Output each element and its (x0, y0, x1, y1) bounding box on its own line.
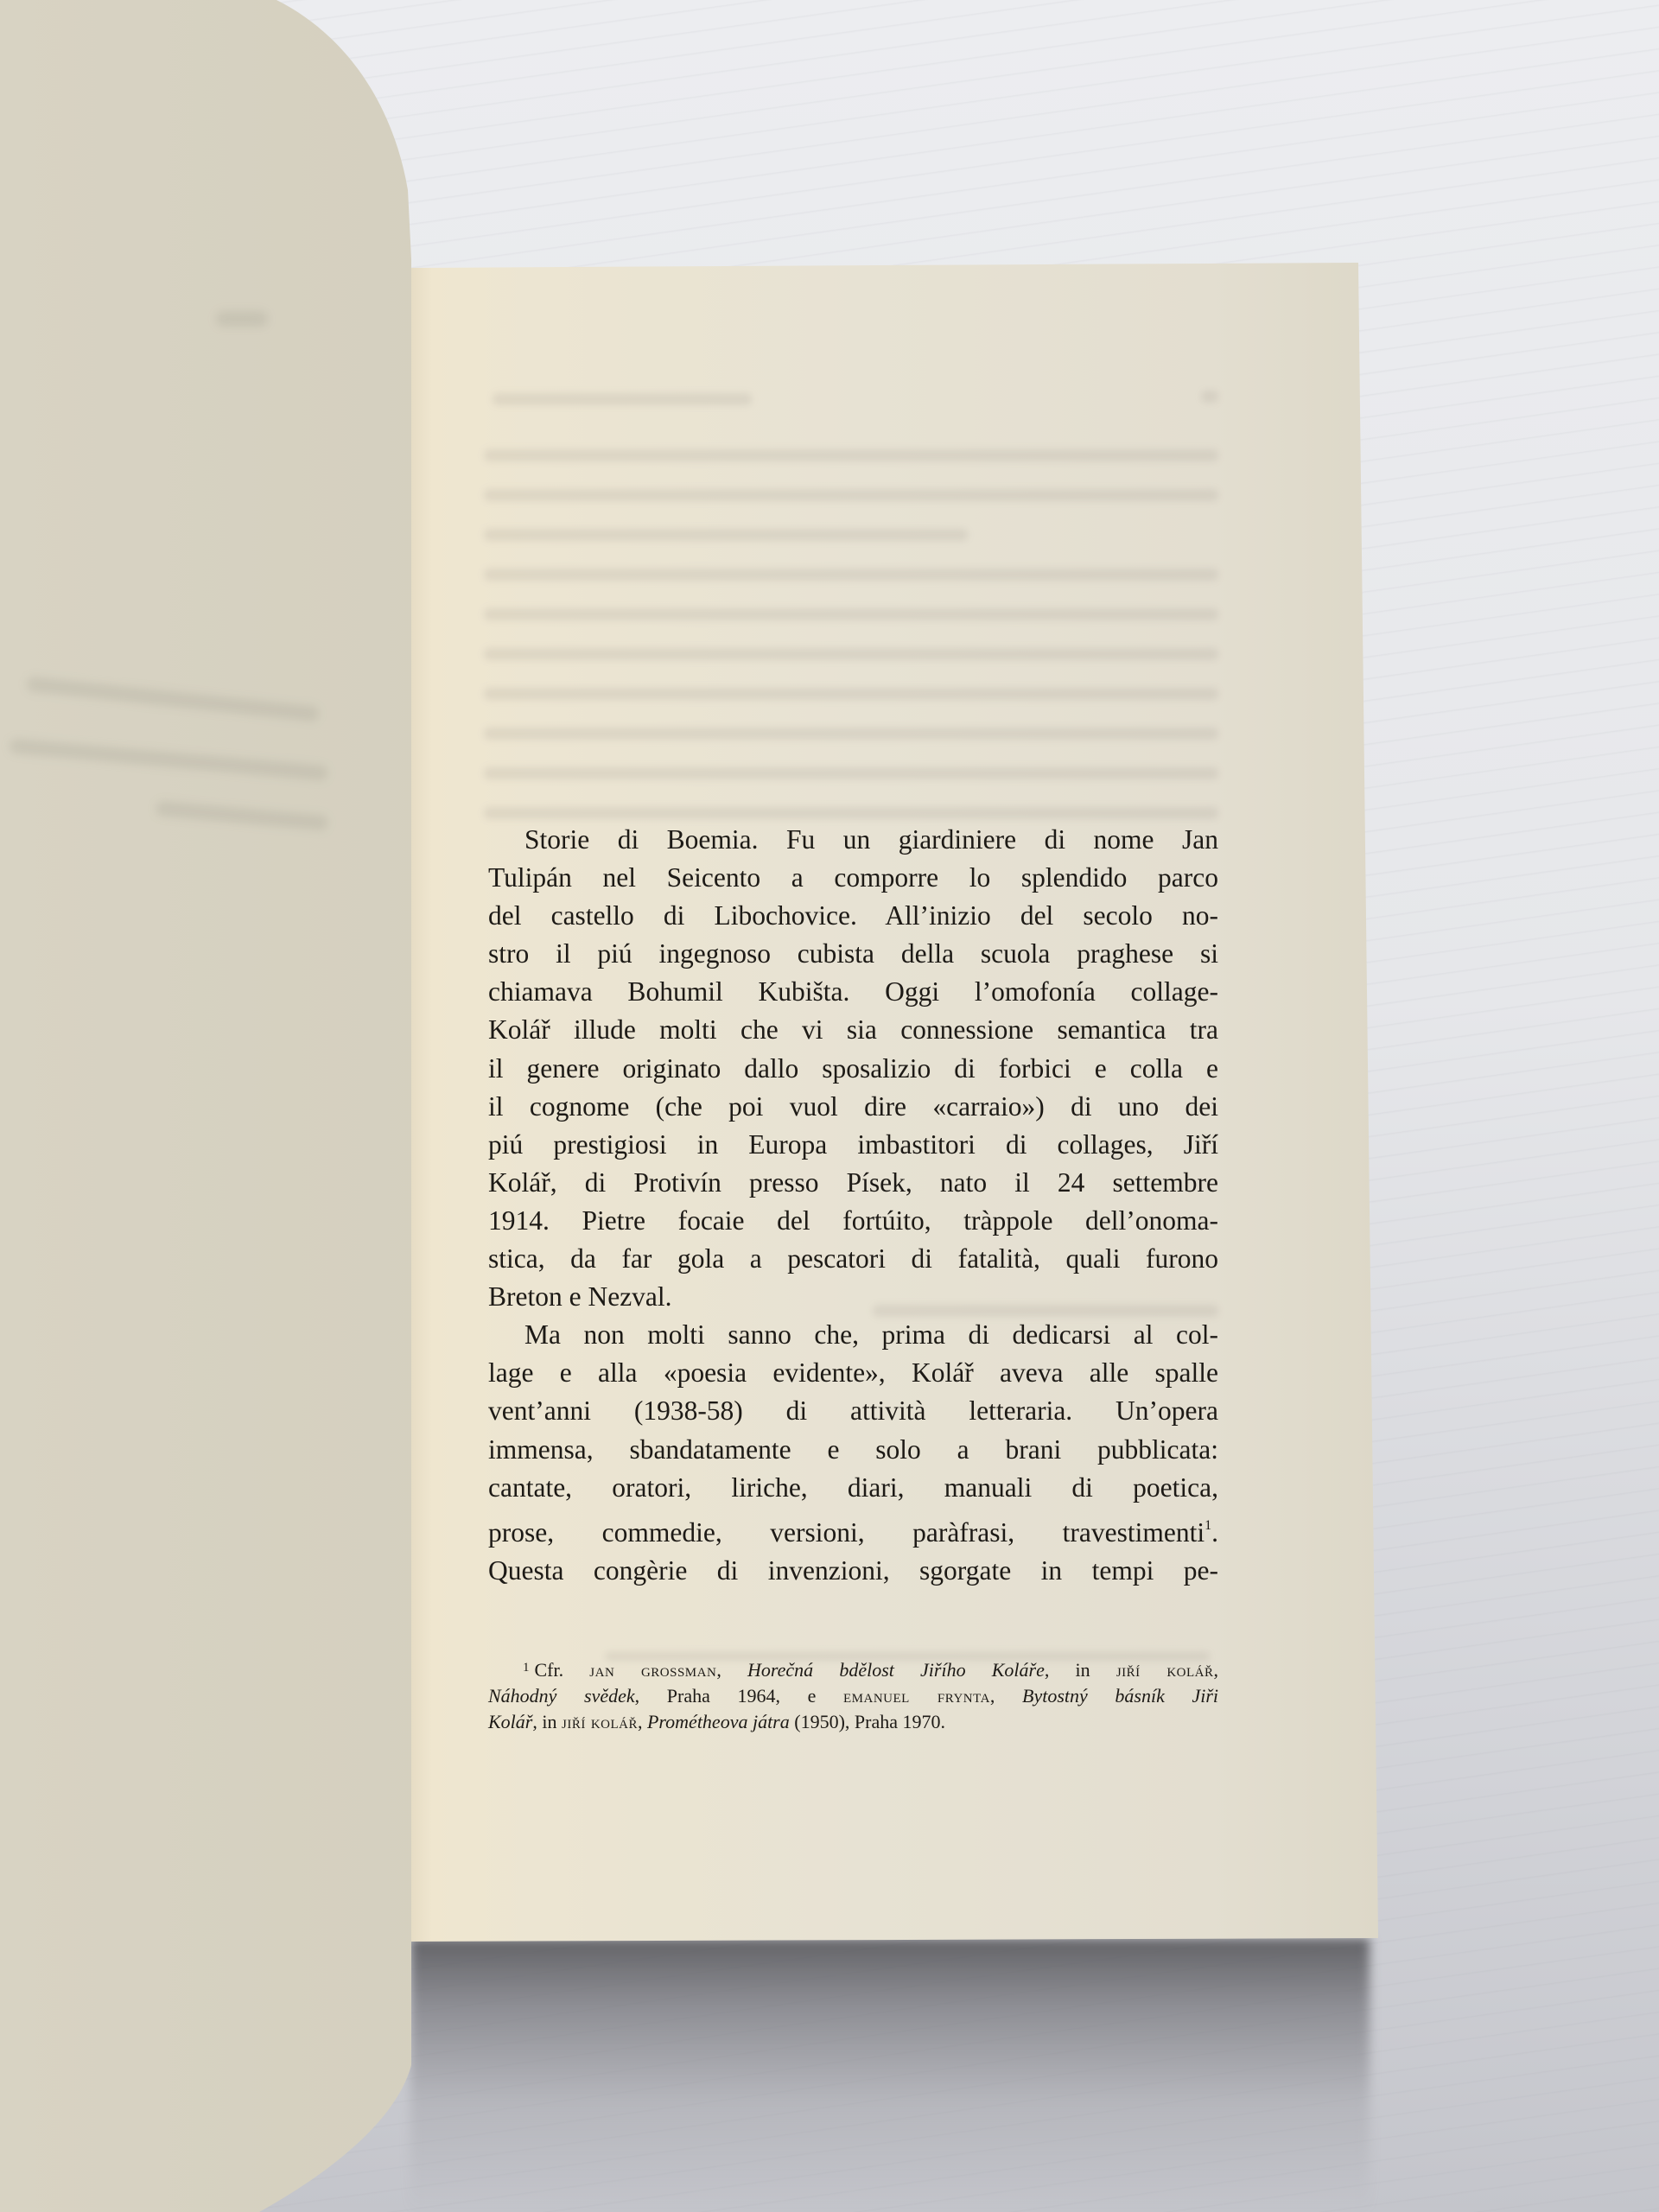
paragraph-1: Storie di Boemia. Fu un giardiniere di n… (488, 821, 1218, 1316)
bleed-through-line (484, 728, 1218, 740)
text-line: Ma non molti sanno che, prima di dedicar… (488, 1316, 1218, 1354)
bleed-through-line (484, 648, 1218, 660)
work-title: Prométheova játra (647, 1711, 790, 1732)
bleed-through-line (484, 489, 1218, 501)
footnote-reference[interactable]: 1 (1205, 1518, 1211, 1533)
footnote-text: , (638, 1711, 647, 1732)
text-line: piú prestigiosi in Europa imbastitori di… (488, 1126, 1218, 1164)
text-line: Kolář, di Protivín presso Písek, nato il… (488, 1164, 1218, 1202)
work-title: Kolář (488, 1711, 532, 1732)
text-line: Kolář illude molti che vi sia connession… (488, 1011, 1218, 1049)
text-line: Tulipán nel Seicento a comporre lo splen… (488, 859, 1218, 897)
paragraph-2: Ma non molti sanno che, prima di dedicar… (488, 1316, 1218, 1590)
bleed-through-line (484, 449, 1218, 461)
text-line: Questa congèrie di invenzioni, sgorgate … (488, 1552, 1218, 1590)
footnote: 1Cfr. Jan Grossman, Horečná bdělost Jiří… (488, 1655, 1218, 1735)
text-line: del castello di Libochovice. All’inizio … (488, 897, 1218, 935)
footnote-line: Kolář, in Jiří Kolář, Prométheova játra … (488, 1709, 1218, 1735)
bleed-through-line (484, 688, 1218, 700)
footnote-line: 1Cfr. Jan Grossman, Horečná bdělost Jiří… (488, 1655, 1218, 1683)
text-line: Breton e Nezval. (488, 1278, 1218, 1316)
text-line: stica, da far gola a pescatori di fatali… (488, 1240, 1218, 1278)
footnote-text: , (716, 1659, 747, 1681)
footnote-text: Cfr. (535, 1659, 590, 1681)
text-line: cantate, oratori, liriche, diari, manual… (488, 1469, 1218, 1507)
text-line: il cognome (che poi vuol dire «carraio»)… (488, 1088, 1218, 1126)
text-line: il genere originato dallo sposalizio di … (488, 1050, 1218, 1088)
footnote-number: 1 (523, 1661, 530, 1675)
bleed-through-line (484, 767, 1218, 779)
text-line: chiamava Bohumil Kubišta. Oggi l’omofoní… (488, 973, 1218, 1011)
bleed-through-mark (216, 311, 268, 327)
footnote-text: , (990, 1685, 1022, 1707)
body-text: Storie di Boemia. Fu un giardiniere di n… (488, 821, 1218, 1590)
bleed-through-line (26, 676, 320, 721)
bleed-through-line (484, 569, 1218, 581)
work-title: Bytostný básník Jiři (1022, 1685, 1218, 1707)
bleed-through-line (9, 738, 328, 781)
bleed-through-line (156, 800, 329, 830)
text-line: prose, commedie, versioni, paràfrasi, tr… (488, 1507, 1218, 1552)
text-line: stro il piú ingegnoso cubista della scuo… (488, 935, 1218, 973)
footnote-text: , in (1045, 1659, 1116, 1681)
footnote-text: , (1214, 1659, 1219, 1681)
footnote-text: (1950), Praha 1970. (790, 1711, 945, 1732)
page-shadow (410, 1938, 1370, 2212)
author-name: Emanuel Frynta (843, 1685, 990, 1707)
author-name: Jiří Kolář (1116, 1659, 1214, 1681)
bleed-through-header (493, 393, 752, 405)
text-line: Storie di Boemia. Fu un giardiniere di n… (488, 821, 1218, 859)
bleed-through-line (484, 608, 1218, 620)
work-title: Náhodný svědek (488, 1685, 635, 1707)
author-name: Jan Grossman (589, 1659, 716, 1681)
author-name: Jiří Kolář (562, 1711, 638, 1732)
work-title: Horečná bdělost Jiřího Koláře (747, 1659, 1045, 1681)
footnote-line: Náhodný svědek, Praha 1964, e Emanuel Fr… (488, 1683, 1218, 1709)
bleed-through-line (484, 807, 1218, 819)
text-line: lage e alla «poesia evidente», Kolář ave… (488, 1354, 1218, 1392)
text-line: immensa, sbandatamente e solo a brani pu… (488, 1431, 1218, 1469)
text-line-content: prose, commedie, versioni, paràfrasi, tr… (488, 1517, 1205, 1548)
text-line: 1914. Pietre focaie del fortúito, tràppo… (488, 1202, 1218, 1240)
footnote-text: , in (532, 1711, 562, 1732)
bleed-through-line (484, 529, 968, 541)
period: . (1211, 1517, 1218, 1548)
bleed-through-page-number (1201, 391, 1218, 403)
text-line: vent’anni (1938-58) di attività letterar… (488, 1392, 1218, 1430)
footnote-text: , Praha 1964, e (635, 1685, 843, 1707)
